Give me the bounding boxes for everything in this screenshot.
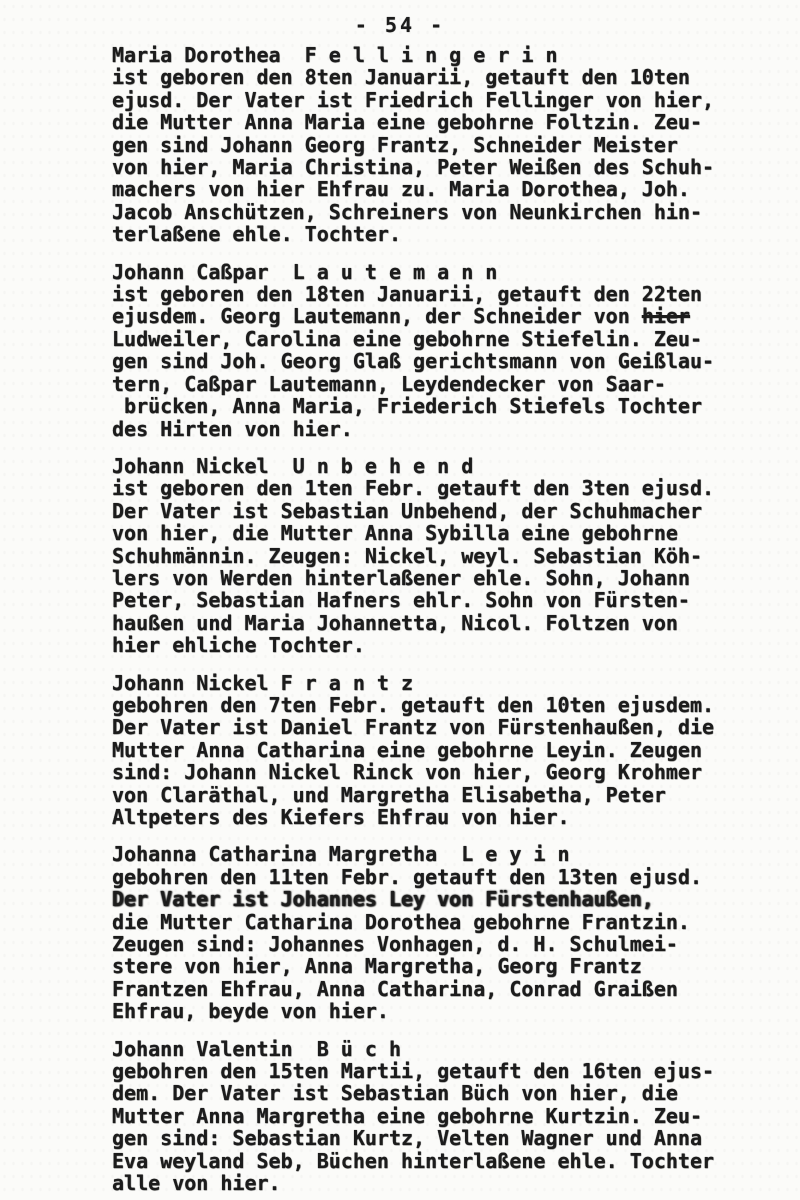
record-text-line: ist geboren den 1ten Febr. getauft den 3… xyxy=(112,477,740,499)
record-text-line: sind: Johann Nickel Rinck von hier, Geor… xyxy=(112,761,740,783)
record-text-line: Der Vater ist Johannes Ley von Fürstenha… xyxy=(112,888,740,910)
record-name-line: Maria Dorothea F e l l i n g e r i n xyxy=(112,44,740,66)
record-name-line: Johann Nickel F r a n t z xyxy=(112,672,740,694)
record-text-line: brücken, Anna Maria, Friederich Stiefels… xyxy=(112,395,740,417)
record-text-line: Ehfrau, beyde von hier. xyxy=(112,1000,740,1022)
record-text-line: gebohren den 11ten Febr. getauft den 13t… xyxy=(112,866,740,888)
record-name-line: Johanna Catharina Margretha L e y i n xyxy=(112,843,740,865)
record-text-line: Jacob Anschützen, Schreiners von Neunkir… xyxy=(112,201,740,223)
record-text-line: gebohren den 7ten Febr. getauft den 10te… xyxy=(112,694,740,716)
record-text-line: von hier, Maria Christina, Peter Weißen … xyxy=(112,156,740,178)
record-text-line: haußen und Maria Johannetta, Nicol. Folt… xyxy=(112,612,740,634)
record-text-line: ist geboren den 8ten Januarii, getauft d… xyxy=(112,66,740,88)
record-text-line: Der Vater ist Daniel Frantz von Fürstenh… xyxy=(112,716,740,738)
record-text-line: Eva weyland Seb, Büchen hinterlaßene ehl… xyxy=(112,1150,740,1172)
record-name-line: Johann Nickel U n b e h e n d xyxy=(112,455,740,477)
record-name-line: Johann Caßpar L a u t e m a n n xyxy=(112,261,740,283)
record-text-line: terlaßene ehle. Tochter. xyxy=(112,223,740,245)
record-text-line: ist geboren den 18ten Januarii, getauft … xyxy=(112,283,740,305)
record-text-line: Der Vater ist Sebastian Unbehend, der Sc… xyxy=(112,500,740,522)
page-number: - 54 - xyxy=(0,0,800,37)
record-text-line: gen sind Johann Georg Frantz, Schneider … xyxy=(112,134,740,156)
record-text-line: ejusdem. Georg Lautemann, der Schneider … xyxy=(112,305,740,327)
record-text-line: Peter, Sebastian Hafners ehlr. Sohn von … xyxy=(112,589,740,611)
record-text-line: Mutter Anna Catharina eine gebohrne Leyi… xyxy=(112,739,740,761)
record-text-line: alle von hier. xyxy=(112,1172,740,1194)
record-text-line: stere von hier, Anna Margretha, Georg Fr… xyxy=(112,955,740,977)
record-text-line: gen sind: Sebastian Kurtz, Velten Wagner… xyxy=(112,1127,740,1149)
record-text-line: tern, Caßpar Lautemann, Leydendecker von… xyxy=(112,373,740,395)
record-text-line: Zeugen sind: Johannes Vonhagen, d. H. Sc… xyxy=(112,933,740,955)
record-text-line: Altpeters des Kiefers Ehfrau von hier. xyxy=(112,806,740,828)
baptism-record: Johann Valentin B ü c hgebohren den 15te… xyxy=(112,1038,740,1195)
record-text-line: hier ehliche Tochter. xyxy=(112,634,740,656)
record-text-line: Schuhmännin. Zeugen: Nickel, weyl. Sebas… xyxy=(112,545,740,567)
scanned-document-page: - 54 - Maria Dorothea F e l l i n g e r … xyxy=(0,0,800,1200)
baptism-record: Maria Dorothea F e l l i n g e r i nist … xyxy=(112,44,740,246)
record-text-line: ejusd. Der Vater ist Friedrich Fellinger… xyxy=(112,89,740,111)
baptism-record: Johann Nickel U n b e h e n dist geboren… xyxy=(112,455,740,657)
record-text-line: Frantzen Ehfrau, Anna Catharina, Conrad … xyxy=(112,978,740,1000)
baptism-record: Johanna Catharina Margretha L e y i ngeb… xyxy=(112,843,740,1022)
record-text-line: die Mutter Catharina Dorothea gebohrne F… xyxy=(112,911,740,933)
struck-out-text: hier xyxy=(642,304,690,328)
record-text-line: dem. Der Vater ist Sebastian Büch von hi… xyxy=(112,1082,740,1104)
record-text-line: des Hirten von hier. xyxy=(112,418,740,440)
record-text-line: lers von Werden hinterlaßener ehle. Sohn… xyxy=(112,567,740,589)
records-list: Maria Dorothea F e l l i n g e r i nist … xyxy=(0,37,800,1195)
record-text-line: machers von hier Ehfrau zu. Maria Doroth… xyxy=(112,178,740,200)
record-text-line: gebohren den 15ten Martii, getauft den 1… xyxy=(112,1060,740,1082)
record-text-line: Mutter Anna Margretha eine gebohrne Kurt… xyxy=(112,1105,740,1127)
record-text-line: gen sind Joh. Georg Glaß gerichtsmann vo… xyxy=(112,350,740,372)
record-text-line: Ludweiler, Carolina eine gebohrne Stiefe… xyxy=(112,328,740,350)
baptism-record: Johann Caßpar L a u t e m a n nist gebor… xyxy=(112,261,740,440)
record-text-line: von hier, die Mutter Anna Sybilla eine g… xyxy=(112,522,740,544)
record-text-line: die Mutter Anna Maria eine gebohrne Folt… xyxy=(112,111,740,133)
record-name-line: Johann Valentin B ü c h xyxy=(112,1038,740,1060)
baptism-record: Johann Nickel F r a n t zgebohren den 7t… xyxy=(112,672,740,829)
record-text-line: von Claräthal, und Margretha Elisabetha,… xyxy=(112,784,740,806)
